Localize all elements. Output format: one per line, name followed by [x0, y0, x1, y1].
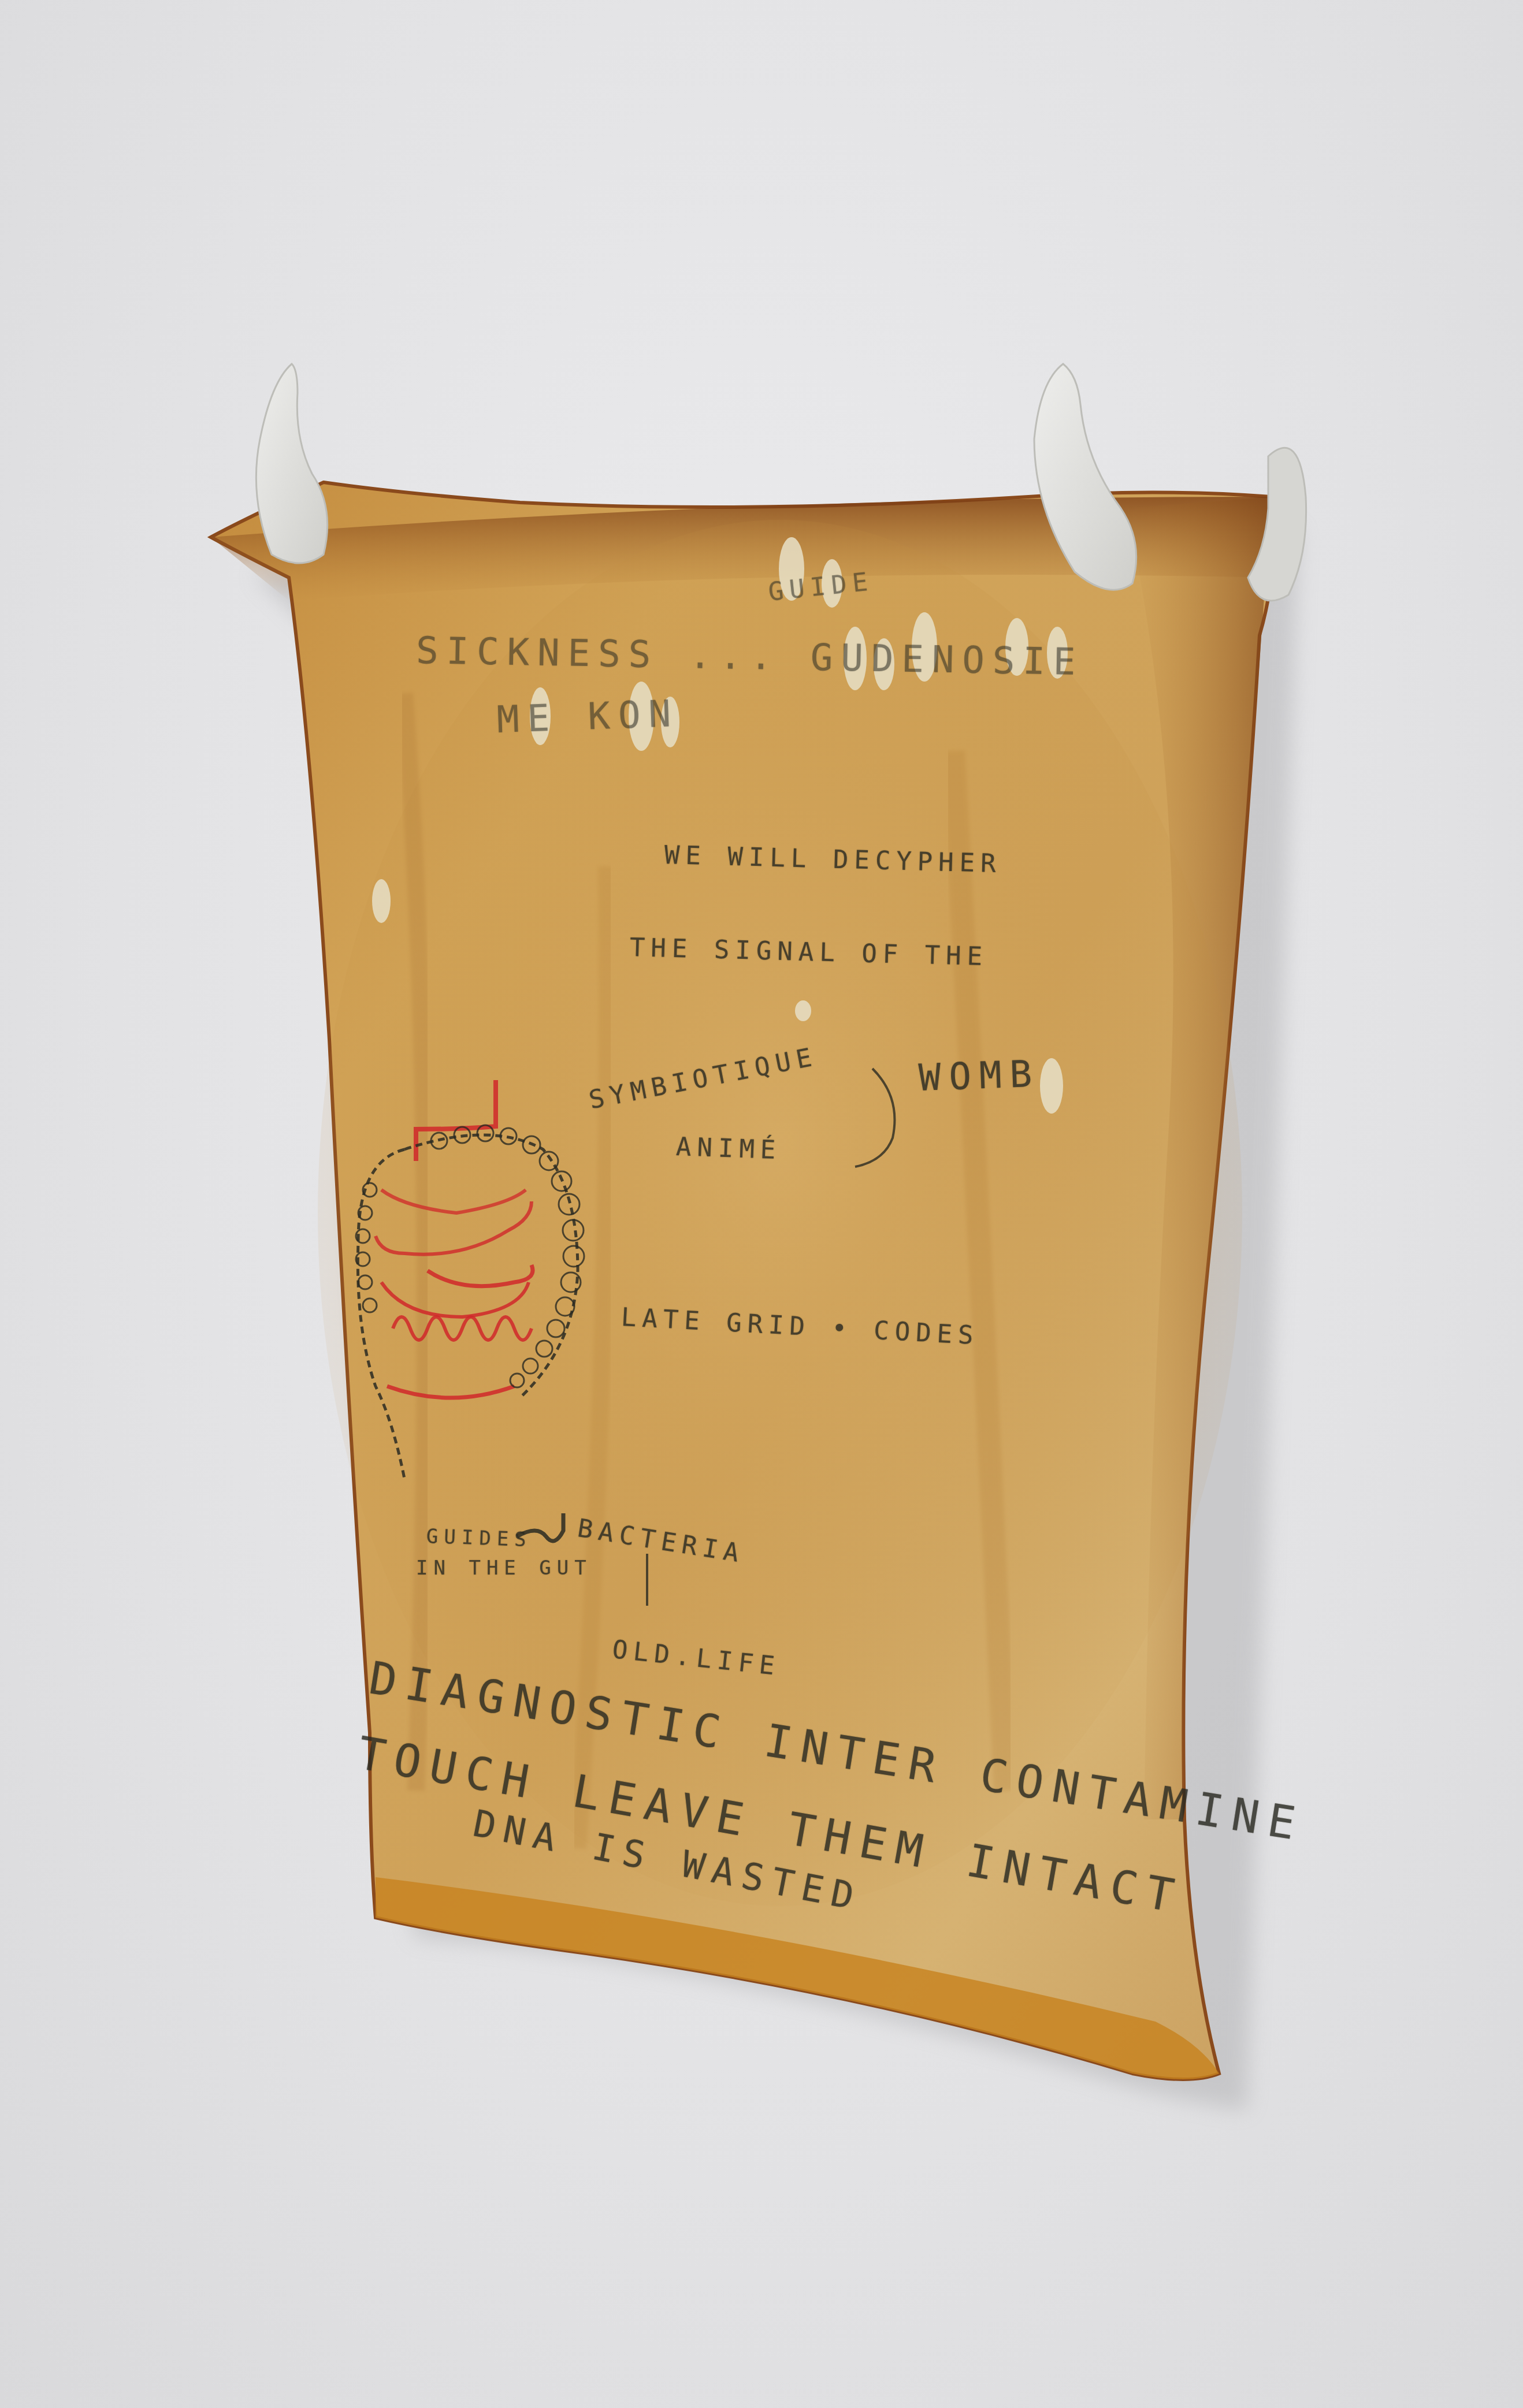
text-in-the-gut: IN THE GUT	[416, 1557, 592, 1580]
text-guides: GUIDES	[426, 1525, 532, 1551]
text-anime: ANIMÉ	[675, 1132, 782, 1165]
left-horn-hook	[256, 364, 327, 563]
top-text-kon: ME KON	[496, 693, 680, 742]
text-womb: WOMB	[918, 1053, 1041, 1100]
artwork-scene	[0, 0, 1523, 2408]
